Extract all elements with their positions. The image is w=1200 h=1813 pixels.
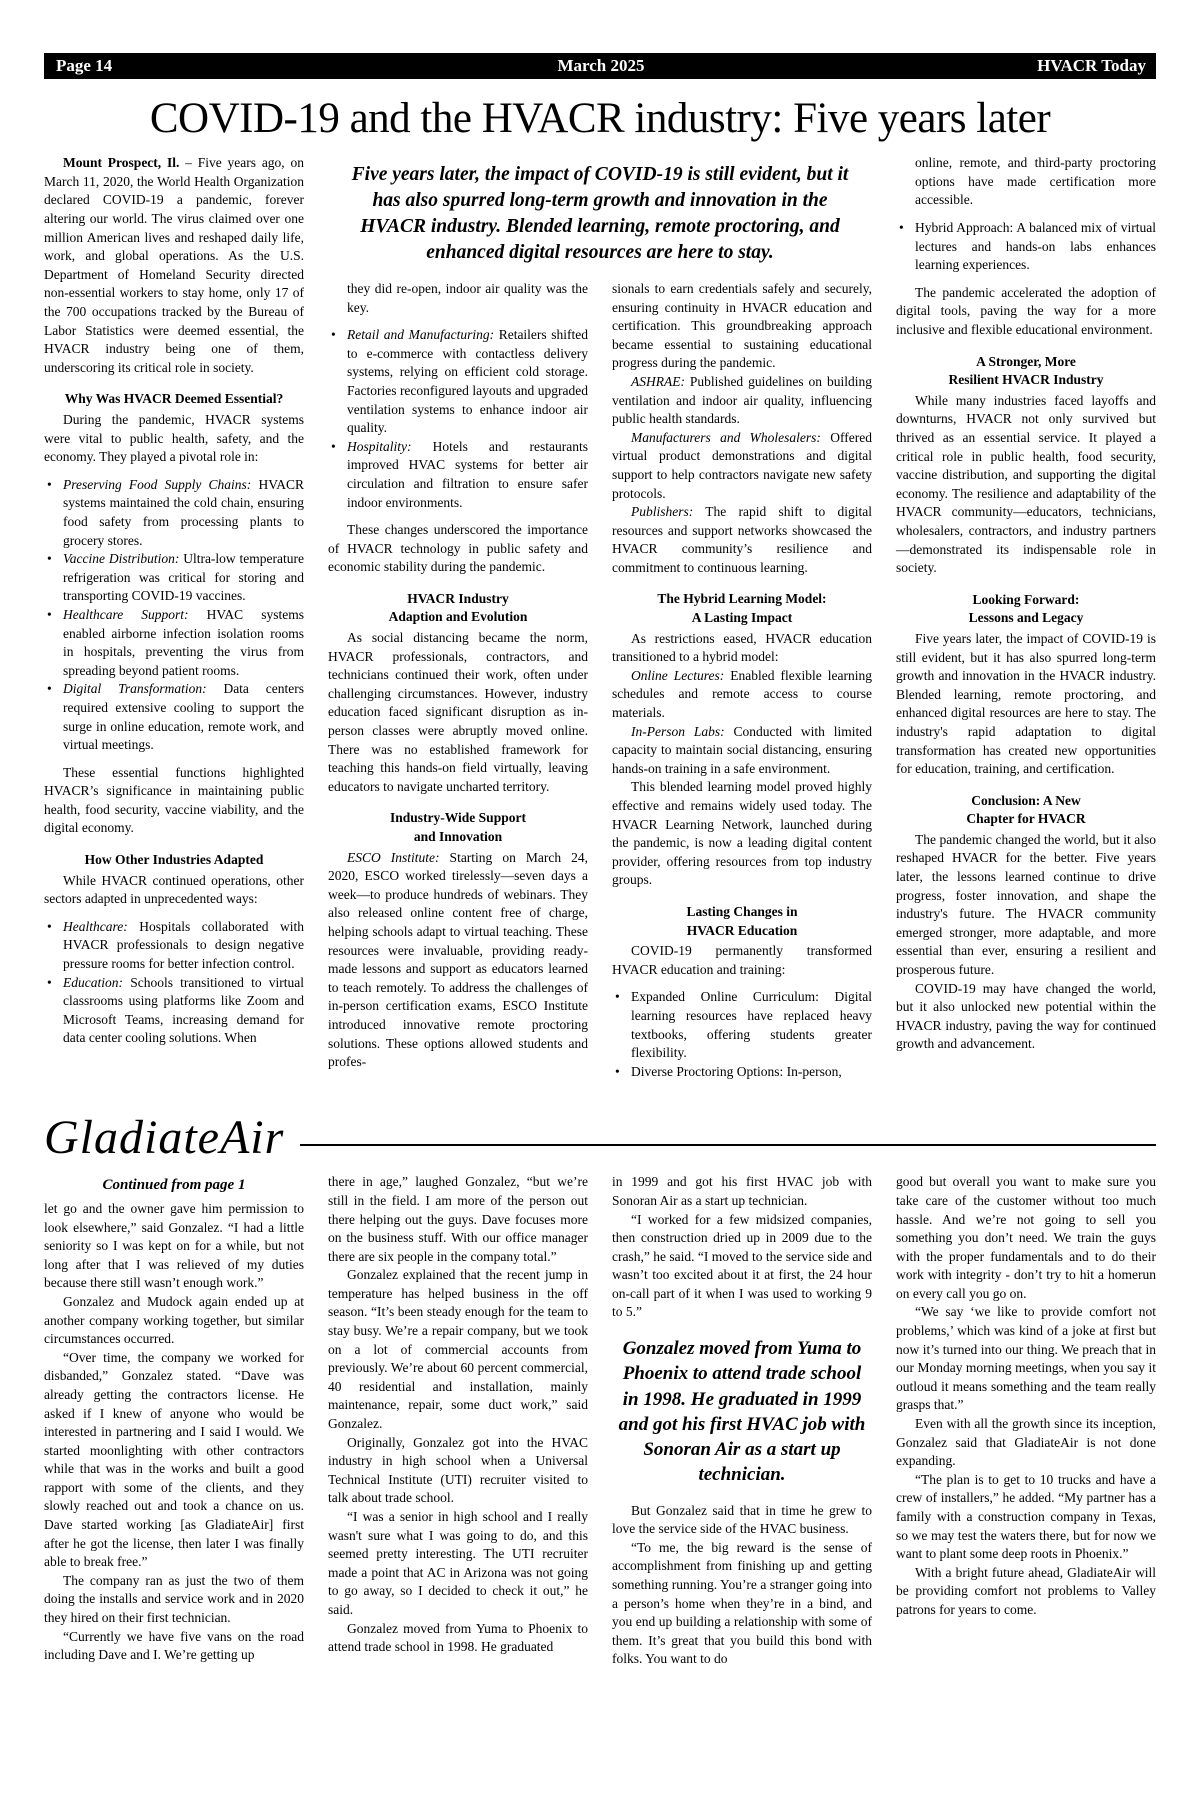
page-number: Page 14 — [44, 56, 419, 76]
bullet-item: Vaccine Distribution: Ultra-low temperat… — [44, 550, 304, 606]
section-heading: Looking Forward:Lessons and Legacy — [896, 591, 1156, 628]
gladiateair-title: GladiateAir — [44, 1114, 284, 1162]
gladiateair-article-body: Continued from page 1let go and the owne… — [44, 1173, 1156, 1669]
paragraph: Gonzalez moved from Yuma to Phoenix to a… — [328, 1620, 588, 1657]
paragraph: Gonzalez explained that the recent jump … — [328, 1266, 588, 1433]
paragraph: Gonzalez and Mudock again ended up at an… — [44, 1293, 304, 1349]
article2-column-2: there in age,” laughed Gonzalez, “but we… — [328, 1173, 588, 1669]
paragraph-lead: Digital Transformation: — [63, 681, 207, 696]
bullet-item: Healthcare Support: HVAC systems enabled… — [44, 606, 304, 680]
bullet-item: Preserving Food Supply Chains: HVACR sys… — [44, 476, 304, 550]
article1-column-4: online, remote, and third-party proctori… — [896, 154, 1156, 1081]
paragraph-lead: ASHRAE: — [631, 374, 685, 389]
section-heading: HVACR IndustryAdaption and Evolution — [328, 590, 588, 627]
paragraph: While HVACR continued operations, other … — [44, 872, 304, 909]
article1-column-3: sionals to earn credentials safely and s… — [612, 280, 872, 1081]
publication-name: HVACR Today — [783, 56, 1156, 76]
paragraph: “Currently we have five vans on the road… — [44, 1628, 304, 1665]
title-rule — [300, 1144, 1156, 1146]
article2-column-3: in 1999 and got his first HVAC job with … — [612, 1173, 872, 1669]
paragraph: These essential functions highlighted HV… — [44, 764, 304, 838]
section-heading: Why Was HVACR Deemed Essential? — [44, 390, 304, 409]
paragraph: This blended learning model proved highl… — [612, 778, 872, 890]
section-heading: A Stronger, MoreResilient HVACR Industry — [896, 353, 1156, 390]
paragraph-lead: In-Person Labs: — [631, 724, 725, 739]
section-heading: Industry-Wide Supportand Innovation — [328, 809, 588, 846]
paragraph: While many industries faced layoffs and … — [896, 392, 1156, 578]
bullet-item: Education: Schools transitioned to virtu… — [44, 974, 304, 1048]
paragraph: “The plan is to get to 10 trucks and hav… — [896, 1471, 1156, 1564]
bullet-item: Healthcare: Hospitals collaborated with … — [44, 918, 304, 974]
paragraph-lead: Preserving Food Supply Chains: — [63, 477, 251, 492]
paragraph: “We say ‘we like to provide comfort not … — [896, 1303, 1156, 1415]
paragraph: Even with all the growth since its incep… — [896, 1415, 1156, 1471]
paragraph-lead: Mount Prospect, Il. — [63, 155, 179, 170]
paragraph: let go and the owner gave him permission… — [44, 1200, 304, 1293]
bullet-item: Hospitality: Hotels and restaurants impr… — [328, 438, 588, 512]
issue-date: March 2025 — [419, 56, 782, 76]
paragraph: Mount Prospect, Il. – Five years ago, on… — [44, 154, 304, 377]
page-header-bar: Page 14 March 2025 HVACR Today — [44, 53, 1156, 79]
bullet-item: Hybrid Approach: A balanced mix of virtu… — [896, 219, 1156, 275]
article2-column-1: Continued from page 1let go and the owne… — [44, 1173, 304, 1669]
article-headline: COVID-19 and the HVACR industry: Five ye… — [44, 95, 1156, 142]
paragraph-lead: Publishers: — [631, 504, 693, 519]
bullet-item: Diverse Proctoring Options: In-person, — [612, 1063, 872, 1082]
paragraph: COVID-19 permanently transformed HVACR e… — [612, 942, 872, 979]
paragraph: “Over time, the company we worked for di… — [44, 1349, 304, 1572]
section-heading: Continued from page 1 — [44, 1175, 304, 1196]
paragraph: Originally, Gonzalez got into the HVAC i… — [328, 1434, 588, 1508]
paragraph-lead: Manufacturers and Wholesalers: — [631, 430, 821, 445]
article1-column-2: they did re-open, indoor air quality was… — [328, 280, 588, 1081]
paragraph-lead: Online Lectures: — [631, 668, 724, 683]
paragraph-lead: Healthcare: — [63, 919, 128, 934]
bullet-continuation: online, remote, and third-party proctori… — [896, 154, 1156, 210]
paragraph: Five years later, the impact of COVID-19… — [896, 630, 1156, 779]
bullet-continuation: they did re-open, indoor air quality was… — [328, 280, 588, 317]
covid-article-body: Five years later, the impact of COVID-19… — [44, 154, 1156, 1081]
paragraph: During the pandemic, HVACR systems were … — [44, 411, 304, 467]
paragraph-lead: ESCO Institute: — [347, 850, 440, 865]
section-heading: Conclusion: A NewChapter for HVACR — [896, 792, 1156, 829]
paragraph: Publishers: The rapid shift to digital r… — [612, 503, 872, 577]
bullet-item: Digital Transformation: Data centers req… — [44, 680, 304, 754]
newspaper-page: Page 14 March 2025 HVACR Today COVID-19 … — [0, 0, 1200, 1813]
paragraph: These changes underscored the importance… — [328, 521, 588, 577]
paragraph: there in age,” laughed Gonzalez, “but we… — [328, 1173, 588, 1266]
paragraph: sionals to earn credentials safely and s… — [612, 280, 872, 373]
paragraph: Manufacturers and Wholesalers: Offered v… — [612, 429, 872, 503]
section-heading: Lasting Changes inHVACR Education — [612, 903, 872, 940]
paragraph: “I worked for a few midsized companies, … — [612, 1211, 872, 1323]
paragraph-lead: Retail and Manufacturing: — [347, 327, 494, 342]
article2-column-4: good but overall you want to make sure y… — [896, 1173, 1156, 1669]
paragraph: The pandemic accelerated the adoption of… — [896, 284, 1156, 340]
article1-column-1: Mount Prospect, Il. – Five years ago, on… — [44, 154, 304, 1081]
section-heading: How Other Industries Adapted — [44, 851, 304, 870]
paragraph: But Gonzalez said that in time he grew t… — [612, 1502, 872, 1539]
paragraph: The pandemic changed the world, but it a… — [896, 831, 1156, 980]
gladiateair-title-row: GladiateAir — [44, 1109, 1156, 1167]
paragraph: In-Person Labs: Conducted with limited c… — [612, 723, 872, 779]
paragraph-lead: Education: — [63, 975, 123, 990]
paragraph: ESCO Institute: Starting on March 24, 20… — [328, 849, 588, 1072]
paragraph-lead: Hospitality: — [347, 439, 412, 454]
pull-quote: Gonzalez moved from Yuma to Phoenix to a… — [614, 1336, 870, 1488]
paragraph: ASHRAE: Published guidelines on building… — [612, 373, 872, 429]
paragraph: The company ran as just the two of them … — [44, 1572, 304, 1628]
section-heading: The Hybrid Learning Model:A Lasting Impa… — [612, 590, 872, 627]
paragraph-lead: Vaccine Distribution: — [63, 551, 179, 566]
paragraph: Online Lectures: Enabled flexible learni… — [612, 667, 872, 723]
paragraph: “I was a senior in high school and I rea… — [328, 1508, 588, 1620]
paragraph: As social distancing became the norm, HV… — [328, 629, 588, 796]
paragraph: in 1999 and got his first HVAC job with … — [612, 1173, 872, 1210]
paragraph: good but overall you want to make sure y… — [896, 1173, 1156, 1303]
gladiateair-article: GladiateAir Continued from page 1let go … — [44, 1109, 1156, 1669]
paragraph: With a bright future ahead, GladiateAir … — [896, 1564, 1156, 1620]
bullet-item: Retail and Manufacturing: Retailers shif… — [328, 326, 588, 438]
intro-pull-quote: Five years later, the impact of COVID-19… — [328, 154, 872, 280]
bullet-item: Expanded Online Curriculum: Digital lear… — [612, 988, 872, 1062]
paragraph: COVID-19 may have changed the world, but… — [896, 980, 1156, 1054]
paragraph: “To me, the big reward is the sense of a… — [612, 1539, 872, 1669]
paragraph: As restrictions eased, HVACR education t… — [612, 630, 872, 667]
paragraph-lead: Healthcare Support: — [63, 607, 189, 622]
